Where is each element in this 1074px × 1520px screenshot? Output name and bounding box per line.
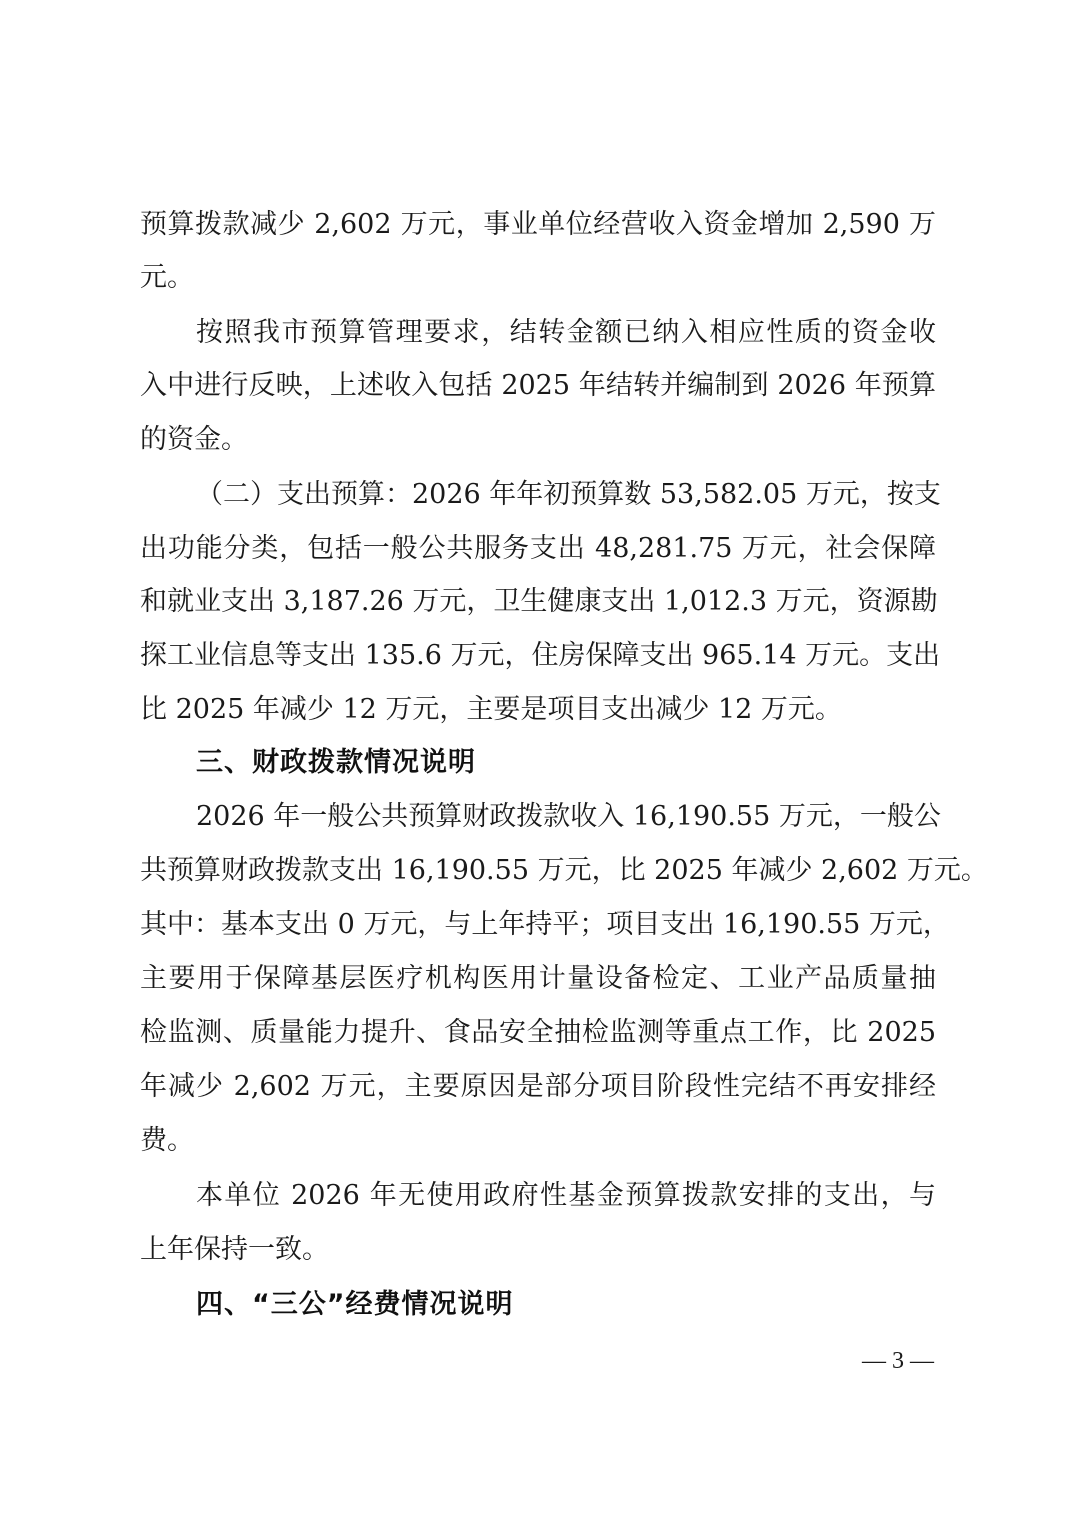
text-line: 上年保持一致。 <box>140 1230 936 1270</box>
text-line: 2026 年一般公共预算财政拨款收入 16,190.55 万元，一般公 <box>196 797 936 837</box>
text-line: 年减少 2,602 万元，主要原因是部分项目阶段性完结不再安排经 <box>140 1067 936 1107</box>
document-page: 预算拨款减少 2,602 万元，事业单位经营收入资金增加 2,590 万 元。 … <box>0 0 1074 1520</box>
text-line: 按照我市预算管理要求，结转金额已纳入相应性质的资金收 <box>196 313 936 353</box>
text-line: 比 2025 年减少 12 万元，主要是项目支出减少 12 万元。 <box>140 690 936 730</box>
text-line: 的资金。 <box>140 420 936 460</box>
text-line: 检监测、质量能力提升、食品安全抽检监测等重点工作，比 2025 <box>140 1013 936 1053</box>
section-heading-fiscal-appropriation: 三、财政拨款情况说明 <box>196 743 476 783</box>
text-line: 和就业支出 3,187.26 万元，卫生健康支出 1,012.3 万元，资源勘 <box>140 582 936 622</box>
text-line: 主要用于保障基层医疗机构医用计量设备检定、工业产品质量抽 <box>140 959 936 999</box>
text-line: （二）支出预算：2026 年年初预算数 53,582.05 万元，按支 <box>196 475 936 515</box>
text-line: 元。 <box>140 258 936 298</box>
text-line: 出功能分类，包括一般公共服务支出 48,281.75 万元，社会保障 <box>140 529 936 569</box>
text-line: 共预算财政拨款支出 16,190.55 万元，比 2025 年减少 2,602 … <box>140 851 936 891</box>
text-line: 其中：基本支出 0 万元，与上年持平；项目支出 16,190.55 万元， <box>140 905 936 945</box>
text-line: 探工业信息等支出 135.6 万元，住房保障支出 965.14 万元。支出 <box>140 636 936 676</box>
section-heading-three-public-expenses: 四、“三公”经费情况说明 <box>196 1285 514 1325</box>
text-line: 费。 <box>140 1121 936 1161</box>
text-line: 本单位 2026 年无使用政府性基金预算拨款安排的支出，与 <box>196 1176 936 1216</box>
text-line: 预算拨款减少 2,602 万元，事业单位经营收入资金增加 2,590 万 <box>140 205 936 245</box>
text-line: 入中进行反映，上述收入包括 2025 年结转并编制到 2026 年预算 <box>140 366 936 406</box>
page-number: — 3 — <box>862 1346 934 1376</box>
